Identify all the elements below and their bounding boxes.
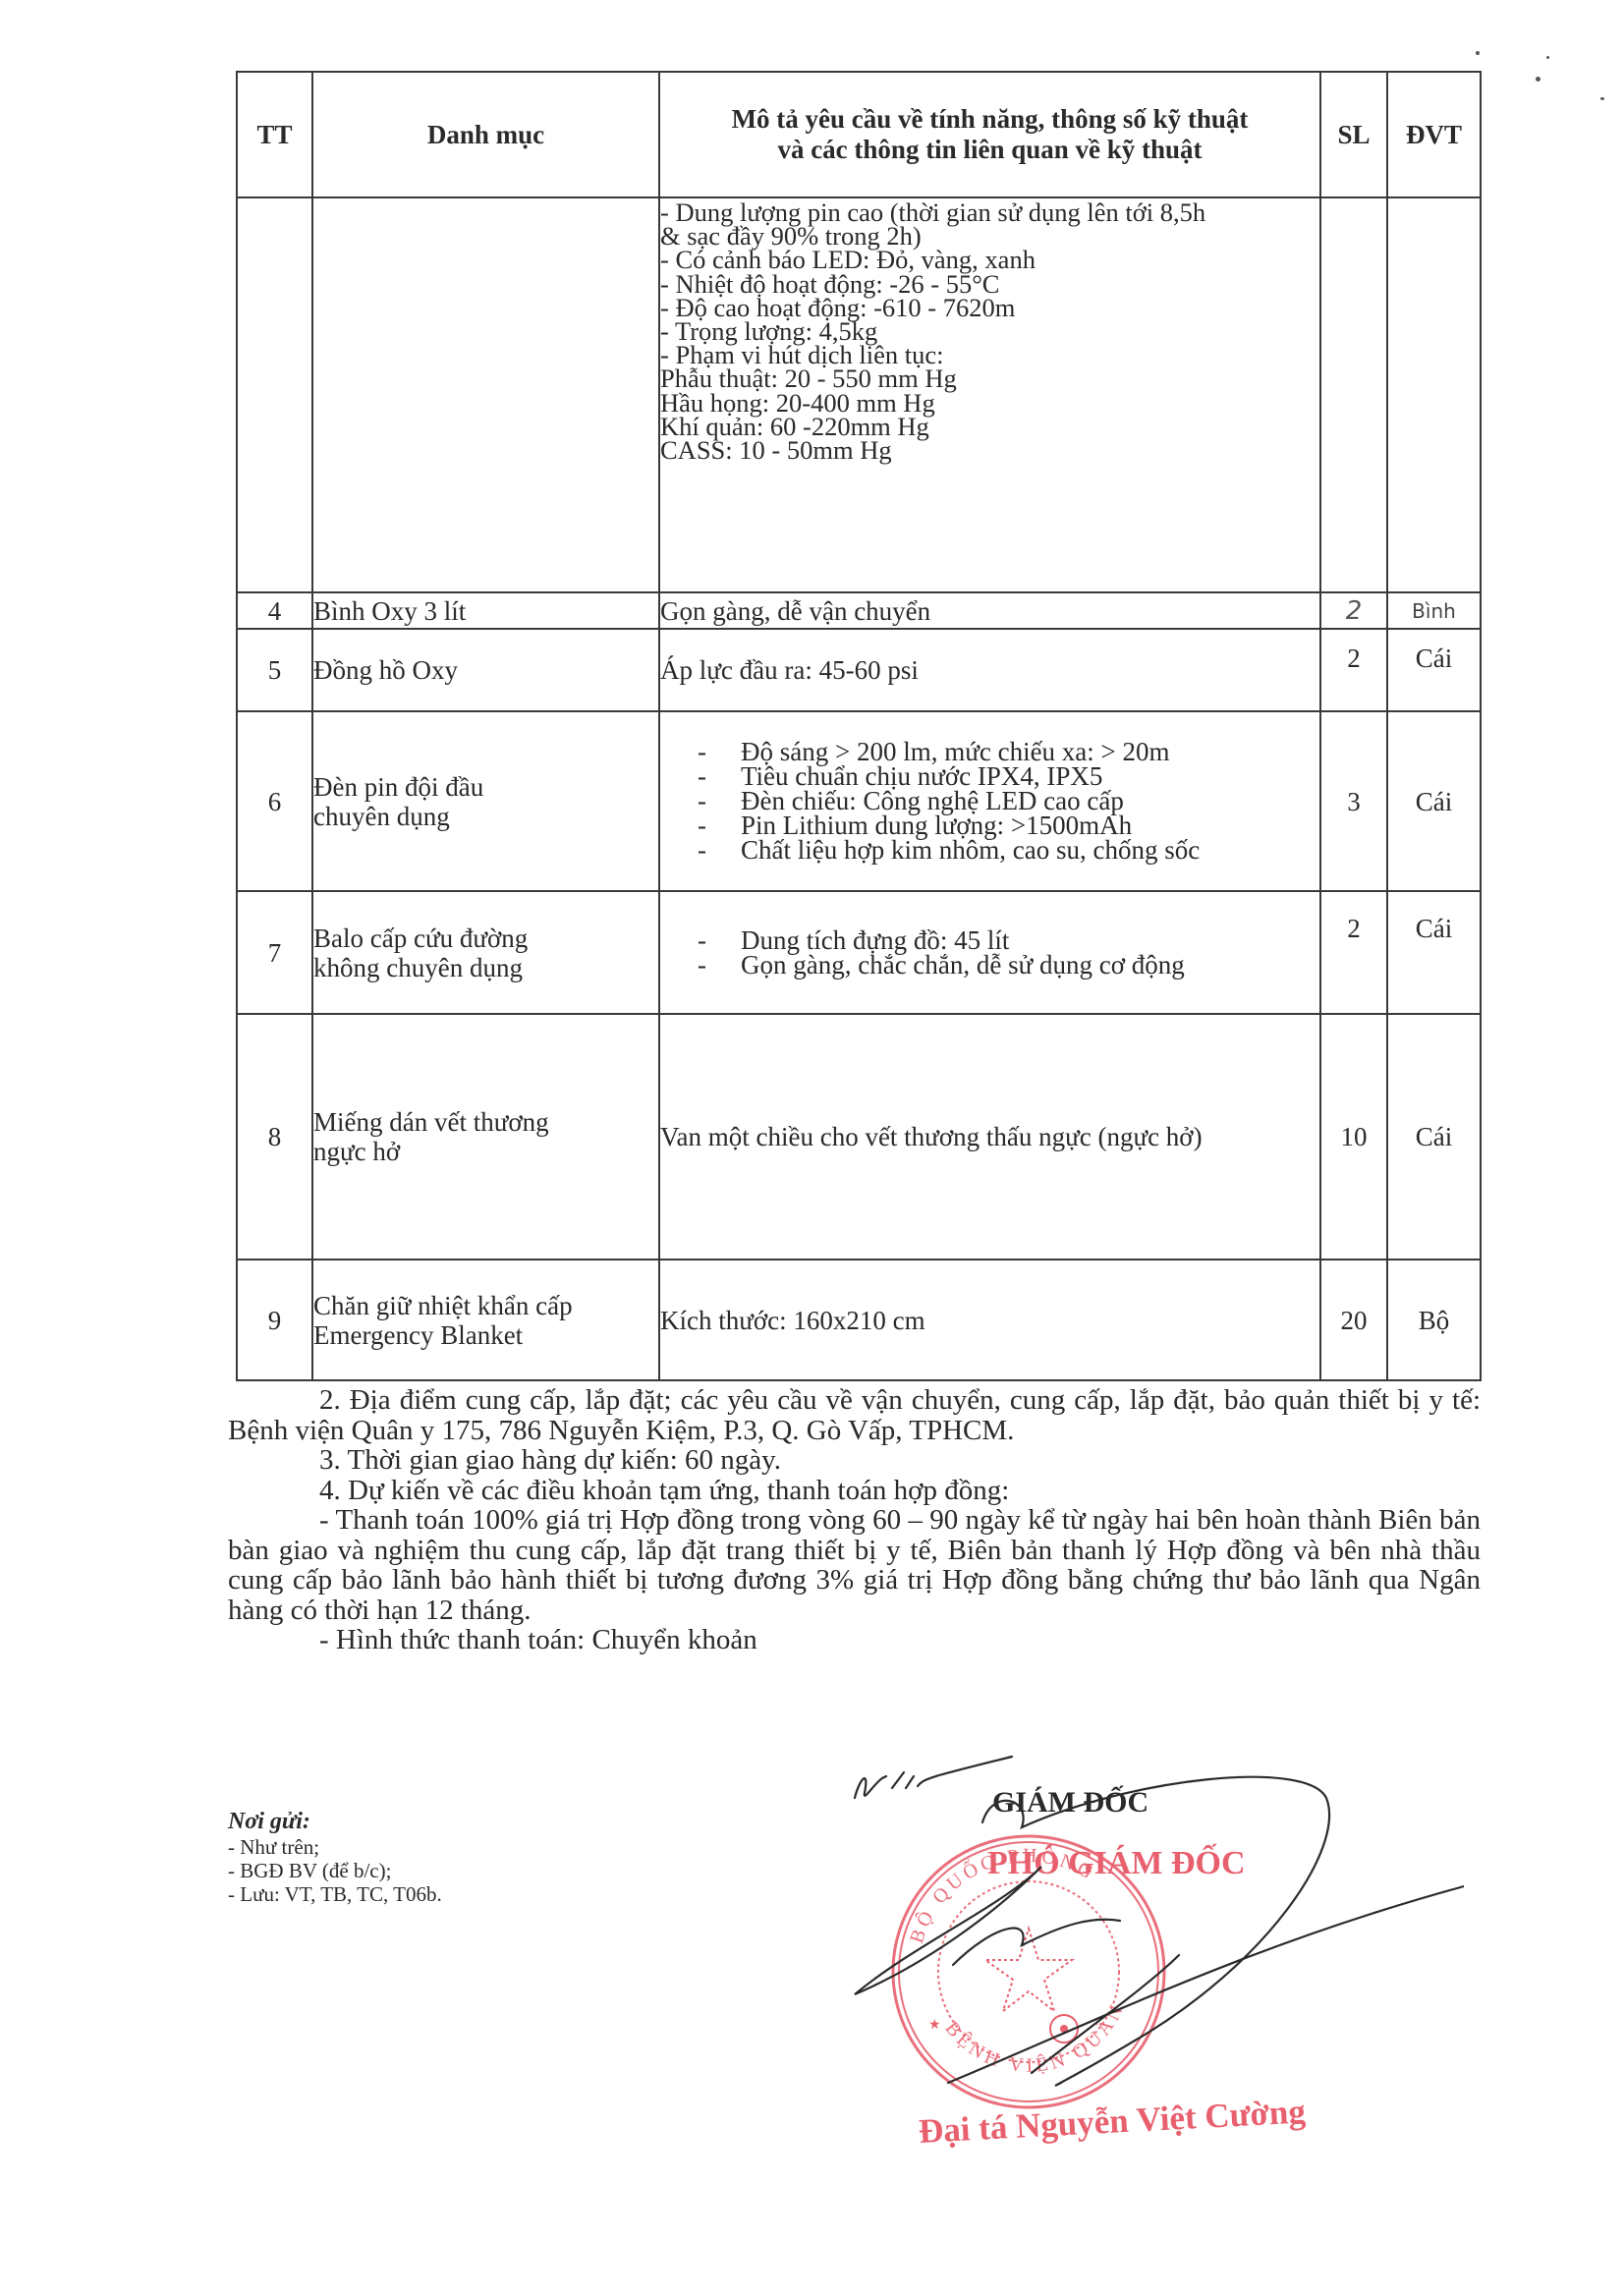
desc-line: CASS: 10 - 50mm Hg — [660, 438, 1319, 462]
cell-name: Đồng hồ Oxy — [312, 629, 659, 711]
name-line: ngực hở — [313, 1137, 658, 1166]
name-line: Emergency Blanket — [313, 1320, 658, 1350]
body-text: 2. Địa điểm cung cấp, lắp đặt; các yêu c… — [228, 1385, 1481, 1655]
cell-sl — [1320, 197, 1387, 592]
table-header-row: TT Danh mục Mô tả yêu cầu về tính năng, … — [237, 72, 1481, 197]
paragraph-delivery-location: 2. Địa điểm cung cấp, lắp đặt; các yêu c… — [228, 1385, 1481, 1445]
table-row: 5 Đồng hồ Oxy Áp lực đầu ra: 45-60 psi 2… — [237, 629, 1481, 711]
paragraph-payment-terms: 4. Dự kiến về các điều khoản tạm ứng, th… — [228, 1476, 1481, 1506]
desc-line: - Có cảnh báo LED: Đỏ, vàng, xanh — [660, 248, 1319, 271]
handwritten-signature-icon — [835, 1749, 1464, 2122]
paragraph-payment-detail: - Thanh toán 100% giá trị Hợp đồng trong… — [228, 1505, 1481, 1625]
cell-unit: Cái — [1387, 629, 1481, 711]
cell-tt: 6 — [237, 711, 312, 891]
header-name: Danh mục — [312, 72, 659, 197]
scan-speck — [1546, 56, 1549, 59]
recipients-block: Nơi gửi: - Như trên; - BGĐ BV (để b/c); … — [228, 1810, 442, 1906]
scan-speck — [1476, 51, 1480, 55]
cell-unit — [1387, 197, 1481, 592]
desc-line: Phẫu thuật: 20 - 550 mm Hg — [660, 366, 1319, 390]
cell-tt: 8 — [237, 1014, 312, 1260]
header-tt: TT — [237, 72, 312, 197]
cell-unit: Cái — [1387, 1014, 1481, 1260]
table-row: 4 Bình Oxy 3 lít Gọn gàng, dễ vận chuyển… — [237, 592, 1481, 629]
cell-name: Bình Oxy 3 lít — [312, 592, 659, 629]
recipients-title: Nơi gửi: — [228, 1810, 442, 1833]
bullet-item: Gọn gàng, chắc chắn, dễ sử dụng cơ động — [698, 953, 1319, 978]
name-line: Miếng dán vết thương — [313, 1107, 658, 1137]
equipment-spec-table: TT Danh mục Mô tả yêu cầu về tính năng, … — [236, 71, 1482, 1381]
name-line: Chăn giữ nhiệt khẩn cấp — [313, 1291, 658, 1320]
cell-tt: 9 — [237, 1260, 312, 1380]
cell-sl: 2 — [1320, 891, 1387, 1014]
cell-desc: Áp lực đầu ra: 45-60 psi — [659, 629, 1320, 711]
paragraph-payment-method: - Hình thức thanh toán: Chuyển khoản — [228, 1625, 1481, 1655]
cell-unit: Bộ — [1387, 1260, 1481, 1380]
cell-desc: Van một chiều cho vết thương thấu ngực (… — [659, 1014, 1320, 1260]
table-row: 9 Chăn giữ nhiệt khẩn cấp Emergency Blan… — [237, 1260, 1481, 1380]
header-sl: SL — [1320, 72, 1387, 197]
table-row: 7 Balo cấp cứu đường không chuyên dụng D… — [237, 891, 1481, 1014]
table-row: 8 Miếng dán vết thương ngực hở Van một c… — [237, 1014, 1481, 1260]
recipient-item: - Như trên; — [228, 1835, 442, 1859]
cell-desc: - Dung lượng pin cao (thời gian sử dụng … — [659, 197, 1320, 592]
cell-tt: 4 — [237, 592, 312, 629]
cell-desc: Kích thước: 160x210 cm — [659, 1260, 1320, 1380]
cell-tt: 5 — [237, 629, 312, 711]
cell-sl-handwritten: 2 — [1320, 592, 1387, 629]
cell-sl: 2 — [1320, 629, 1387, 711]
header-desc-line: và các thông tin liên quan về kỹ thuật — [660, 135, 1319, 165]
cell-unit: Cái — [1387, 711, 1481, 891]
table-row-continued: - Dung lượng pin cao (thời gian sử dụng … — [237, 197, 1481, 592]
cell-unit: Cái — [1387, 891, 1481, 1014]
cell-sl: 10 — [1320, 1014, 1387, 1260]
cell-tt: 7 — [237, 891, 312, 1014]
cell-desc: Dung tích đựng đồ: 45 lít Gọn gàng, chắc… — [659, 891, 1320, 1014]
recipient-item: - Lưu: VT, TB, TC, T06b. — [228, 1882, 442, 1906]
cell-name: Balo cấp cứu đường không chuyên dụng — [312, 891, 659, 1014]
header-desc-line: Mô tả yêu cầu về tính năng, thông số kỹ … — [660, 104, 1319, 135]
name-line: không chuyên dụng — [313, 953, 658, 982]
cell-unit-handwritten: Bình — [1387, 592, 1481, 629]
header-desc: Mô tả yêu cầu về tính năng, thông số kỹ … — [659, 72, 1320, 197]
scan-speck — [1536, 77, 1540, 82]
name-line: Đèn pin đội đầu — [313, 772, 658, 802]
header-unit: ĐVT — [1387, 72, 1481, 197]
bullet-item: Chất liệu hợp kim nhôm, cao su, chống số… — [698, 838, 1319, 863]
paragraph-delivery-time: 3. Thời gian giao hàng dự kiến: 60 ngày. — [228, 1445, 1481, 1476]
scan-speck — [1600, 97, 1604, 100]
desc-lines: - Dung lượng pin cao (thời gian sử dụng … — [660, 200, 1319, 462]
cell-sl: 3 — [1320, 711, 1387, 891]
cell-name: Miếng dán vết thương ngực hở — [312, 1014, 659, 1260]
cell-desc: Gọn gàng, dễ vận chuyển — [659, 592, 1320, 629]
table-row: 6 Đèn pin đội đầu chuyên dụng Độ sáng > … — [237, 711, 1481, 891]
bullet-list: Độ sáng > 200 lm, mức chiếu xa: > 20m Ti… — [660, 740, 1319, 863]
cell-name: Đèn pin đội đầu chuyên dụng — [312, 711, 659, 891]
cell-desc: Độ sáng > 200 lm, mức chiếu xa: > 20m Ti… — [659, 711, 1320, 891]
cell-tt — [237, 197, 312, 592]
cell-name: Chăn giữ nhiệt khẩn cấp Emergency Blanke… — [312, 1260, 659, 1380]
name-line: Balo cấp cứu đường — [313, 924, 658, 953]
cell-name — [312, 197, 659, 592]
recipient-item: - BGĐ BV (để b/c); — [228, 1859, 442, 1882]
cell-sl: 20 — [1320, 1260, 1387, 1380]
bullet-list: Dung tích đựng đồ: 45 lít Gọn gàng, chắc… — [660, 928, 1319, 978]
bullet-item: Dung tích đựng đồ: 45 lít — [698, 928, 1319, 953]
name-line: chuyên dụng — [313, 802, 658, 831]
